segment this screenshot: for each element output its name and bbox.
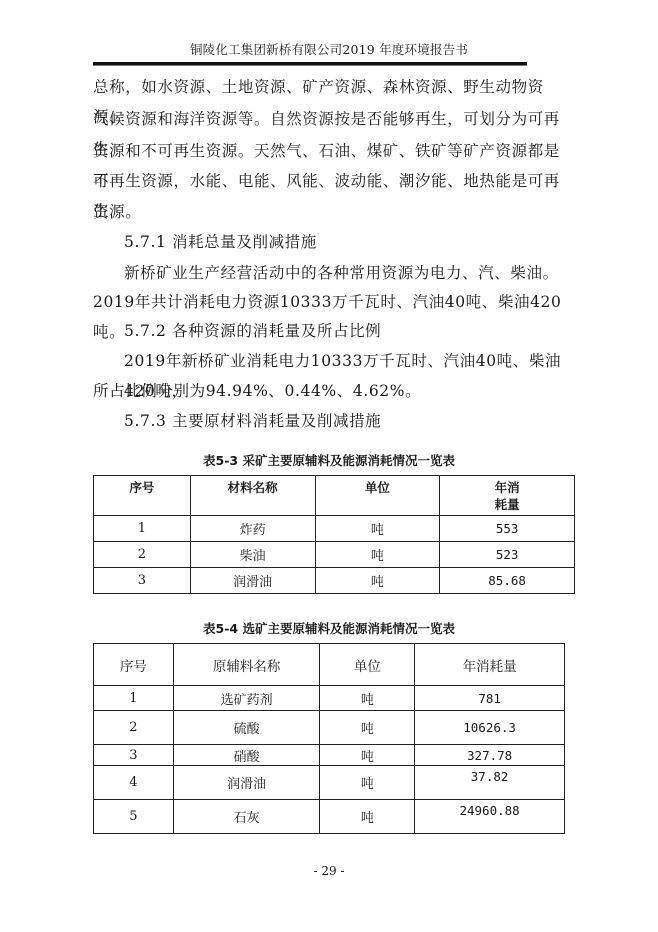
table-5-4: 序号 原辅料名称 单位 年消耗量 1 选矿药剂 吨 781 2 硫酸 吨 106…: [93, 643, 565, 834]
table-row: 5 石灰 吨 24960.88: [94, 800, 565, 834]
cell-amount: 37.82: [415, 766, 565, 800]
cell-amount: 781: [415, 686, 565, 711]
cell-no: 1: [94, 516, 191, 542]
cell-name: 硝酸: [173, 745, 320, 766]
cell-unit: 吨: [320, 711, 415, 745]
header-divider: [93, 62, 527, 66]
section-5-7-1-heading: 5.7.1 消耗总量及削减措施: [93, 227, 573, 257]
cell-unit: 吨: [320, 745, 415, 766]
cell-unit: 吨: [315, 516, 440, 542]
cell-no: 2: [94, 542, 191, 568]
cell-no: 5: [94, 800, 174, 834]
section-5-7-3-heading: 5.7.3 主要原材料消耗量及削减措施: [93, 406, 573, 436]
cell-amount: 327.78: [415, 745, 565, 766]
table-header-row: 序号 原辅料名称 单位 年消耗量: [94, 644, 565, 686]
header-annual-consumption: 年消耗量: [415, 644, 565, 686]
section-5-7-2-line-2: 所占比例分别为94.94%、0.44%、4.62%。: [93, 376, 573, 406]
cell-name: 硫酸: [173, 711, 320, 745]
cell-name: 润滑油: [173, 766, 320, 800]
cell-unit: 吨: [320, 800, 415, 834]
header-unit: 单位: [315, 476, 440, 516]
cell-unit: 吨: [320, 766, 415, 800]
table-header-row: 序号 材料名称 单位 年消耗量: [94, 476, 575, 516]
cell-amount: 10626.3: [415, 711, 565, 745]
page-number: - 29 -: [0, 864, 658, 878]
table-row: 3 硝酸 吨 327.78: [94, 745, 565, 766]
header-annual-consumption: 年消耗量: [440, 476, 575, 516]
table-row: 1 选矿药剂 吨 781: [94, 686, 565, 711]
cell-name: 炸药: [190, 516, 315, 542]
table-5-3-caption: 表5-3 采矿主要原辅料及能源消耗情况一览表: [0, 451, 658, 469]
table-row: 1 炸药 吨 553: [94, 516, 575, 542]
cell-no: 3: [94, 745, 174, 766]
cell-no: 2: [94, 711, 174, 745]
section-5-7-2-heading: 5.7.2 各种资源的消耗量及所占比例: [93, 316, 573, 346]
cell-amount: 85.68: [440, 568, 575, 594]
header-no: 序号: [94, 644, 174, 686]
cell-name: 润滑油: [190, 568, 315, 594]
table-5-3: 序号 材料名称 单位 年消耗量 1 炸药 吨 553 2 柴油 吨 523 3 …: [93, 475, 575, 594]
cell-unit: 吨: [320, 686, 415, 711]
table-row: 3 润滑油 吨 85.68: [94, 568, 575, 594]
cell-no: 4: [94, 766, 174, 800]
document-header-title: 铜陵化工集团新桥有限公司2019 年度环境报告书: [0, 40, 658, 58]
cell-name: 柴油: [190, 542, 315, 568]
cell-no: 1: [94, 686, 174, 711]
cell-name: 石灰: [173, 800, 320, 834]
cell-no: 3: [94, 568, 191, 594]
table-row: 4 润滑油 吨 37.82: [94, 766, 565, 800]
header-material-name: 材料名称: [190, 476, 315, 516]
header-no: 序号: [94, 476, 191, 516]
section-5-7-1-line-1: 新桥矿业生产经营活动中的各种常用资源为电力、汽、柴油。: [93, 258, 573, 288]
table-5-4-caption: 表5-4 选矿主要原辅料及能源消耗情况一览表: [0, 619, 658, 637]
cell-unit: 吨: [315, 542, 440, 568]
header-unit: 单位: [320, 644, 415, 686]
cell-name: 选矿药剂: [173, 686, 320, 711]
table-row: 2 柴油 吨 523: [94, 542, 575, 568]
intro-line-5: 资源。: [93, 197, 573, 227]
cell-amount: 24960.88: [415, 800, 565, 834]
header-material-name: 原辅料名称: [173, 644, 320, 686]
table-row: 2 硫酸 吨 10626.3: [94, 711, 565, 745]
cell-amount: 523: [440, 542, 575, 568]
cell-unit: 吨: [315, 568, 440, 594]
cell-amount: 553: [440, 516, 575, 542]
